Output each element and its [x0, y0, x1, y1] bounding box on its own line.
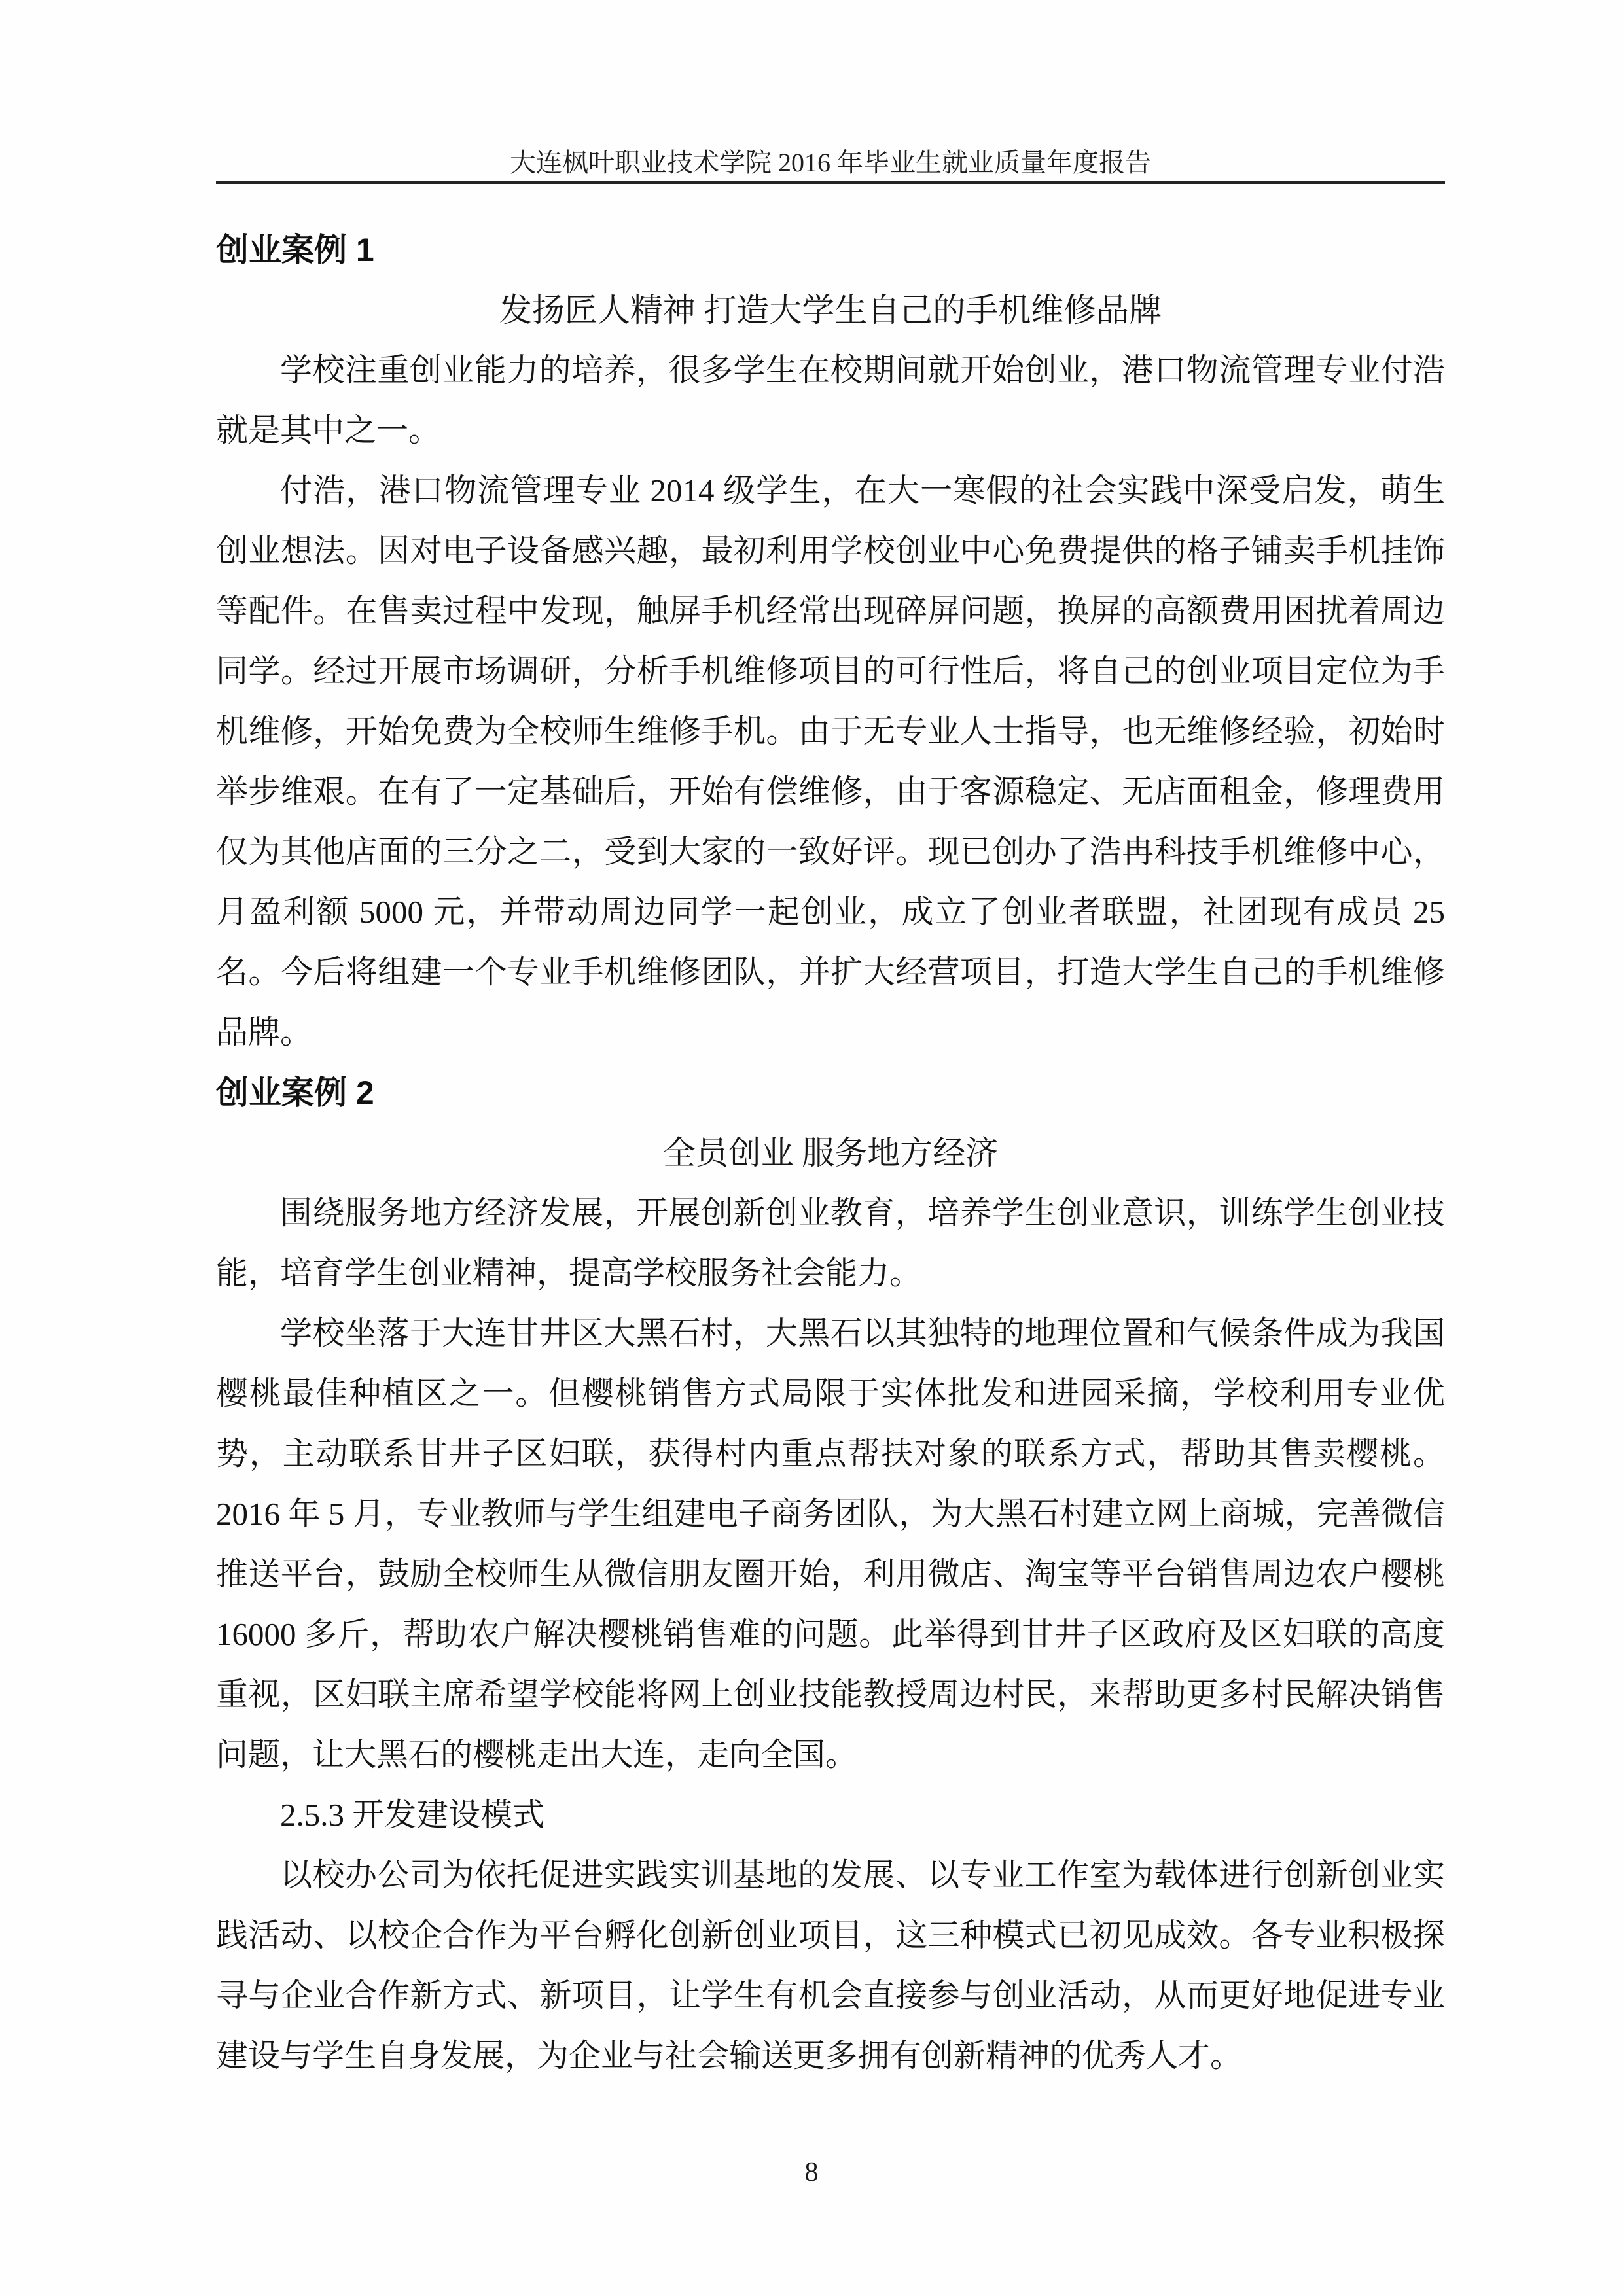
section-253-paragraph-1: 以校办公司为依托促进实践实训基地的发展、以专业工作室为载体进行创新创业实践活动、… — [216, 1845, 1445, 2086]
case1-title: 发扬匠人精神 打造大学生自己的手机维修品牌 — [216, 280, 1445, 340]
case2-paragraph-1: 围绕服务地方经济发展，开展创新创业教育，培养学生创业意识，训练学生创业技能，培育… — [216, 1183, 1445, 1303]
case2-title: 全员创业 服务地方经济 — [216, 1123, 1445, 1183]
document-page: 大连枫叶职业技术学院 2016 年毕业生就业质量年度报告 创业案例 1 发扬匠人… — [0, 0, 1623, 2296]
page-number: 8 — [0, 2157, 1623, 2188]
case2-paragraph-2: 学校坐落于大连甘井区大黑石村，大黑石以其独特的地理位置和气候条件成为我国樱桃最佳… — [216, 1303, 1445, 1785]
header-rule — [216, 181, 1445, 184]
section-253-heading: 2.5.3 开发建设模式 — [216, 1785, 1445, 1845]
case2-heading: 创业案例 2 — [216, 1063, 1445, 1123]
page-content: 创业案例 1 发扬匠人精神 打造大学生自己的手机维修品牌 学校注重创业能力的培养… — [216, 220, 1445, 2086]
case1-heading: 创业案例 1 — [216, 220, 1445, 280]
case1-paragraph-2: 付浩，港口物流管理专业 2014 级学生，在大一寒假的社会实践中深受启发，萌生创… — [216, 461, 1445, 1063]
case1-paragraph-1: 学校注重创业能力的培养，很多学生在校期间就开始创业，港口物流管理专业付浩就是其中… — [216, 340, 1445, 461]
running-header-title: 大连枫叶职业技术学院 2016 年毕业生就业质量年度报告 — [216, 148, 1445, 178]
